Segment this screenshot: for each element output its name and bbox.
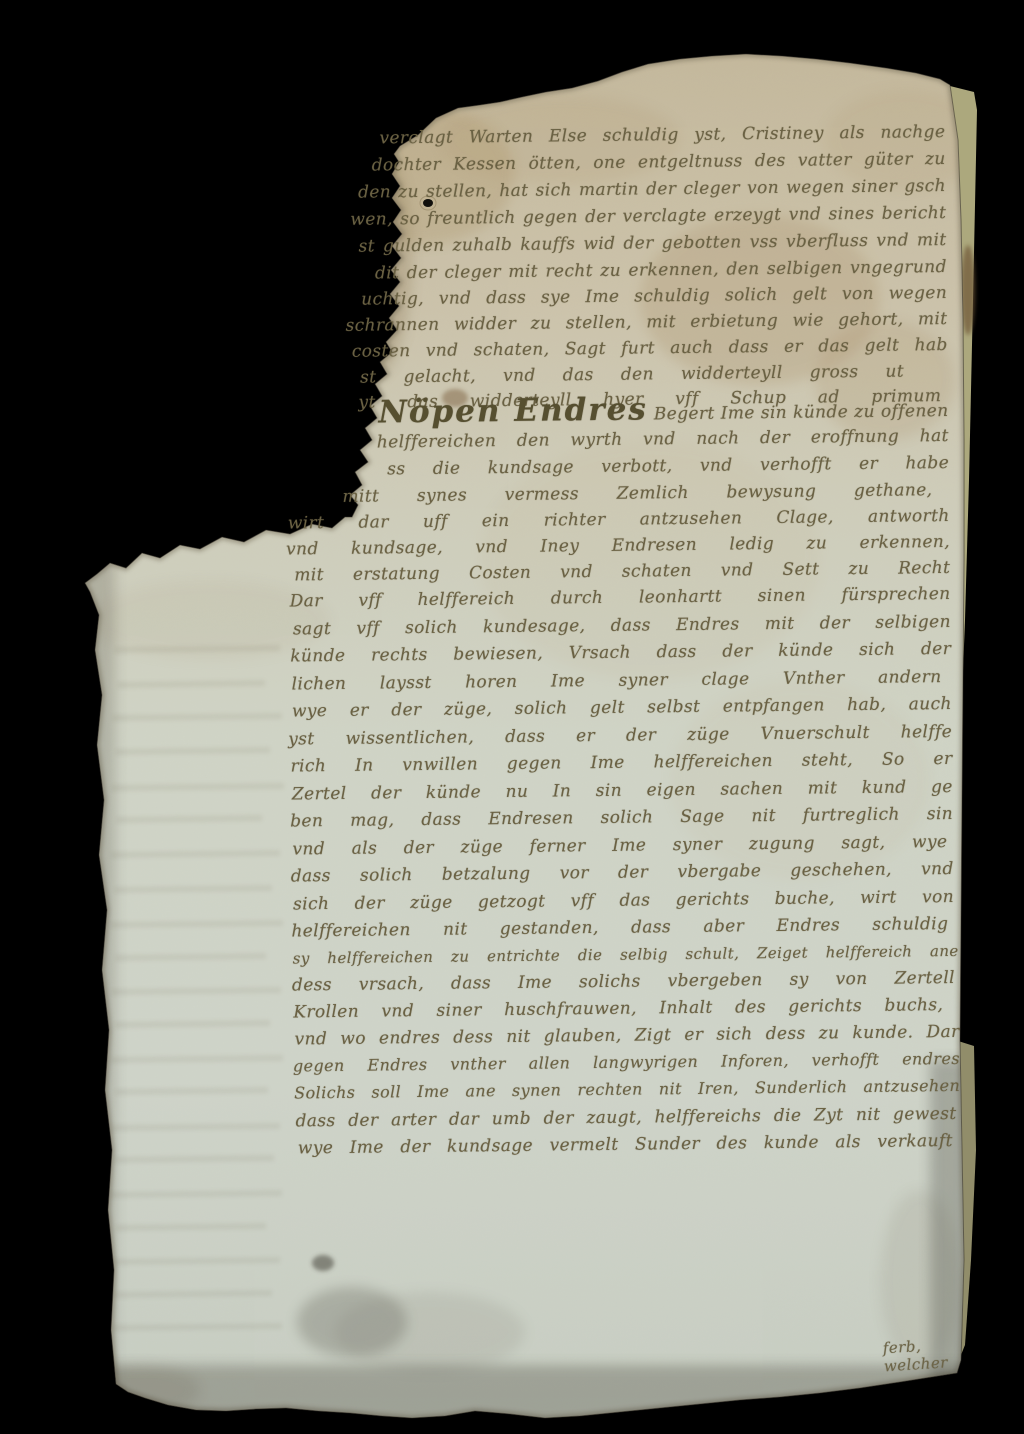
heading-continuation: Begert Ime sin künde zu offenen bbox=[654, 401, 949, 424]
manuscript-scan: verclagt Warten Else schuldig yst, Crist… bbox=[0, 0, 1024, 1434]
catchword: ferb, welcher bbox=[882, 1333, 984, 1375]
text-layer: verclagt Warten Else schuldig yst, Crist… bbox=[0, 0, 1024, 1434]
heading-initial: Nöpen Endres bbox=[378, 391, 648, 430]
text-line: wye Ime der kundsage vermelt Sunder des … bbox=[298, 1131, 953, 1178]
